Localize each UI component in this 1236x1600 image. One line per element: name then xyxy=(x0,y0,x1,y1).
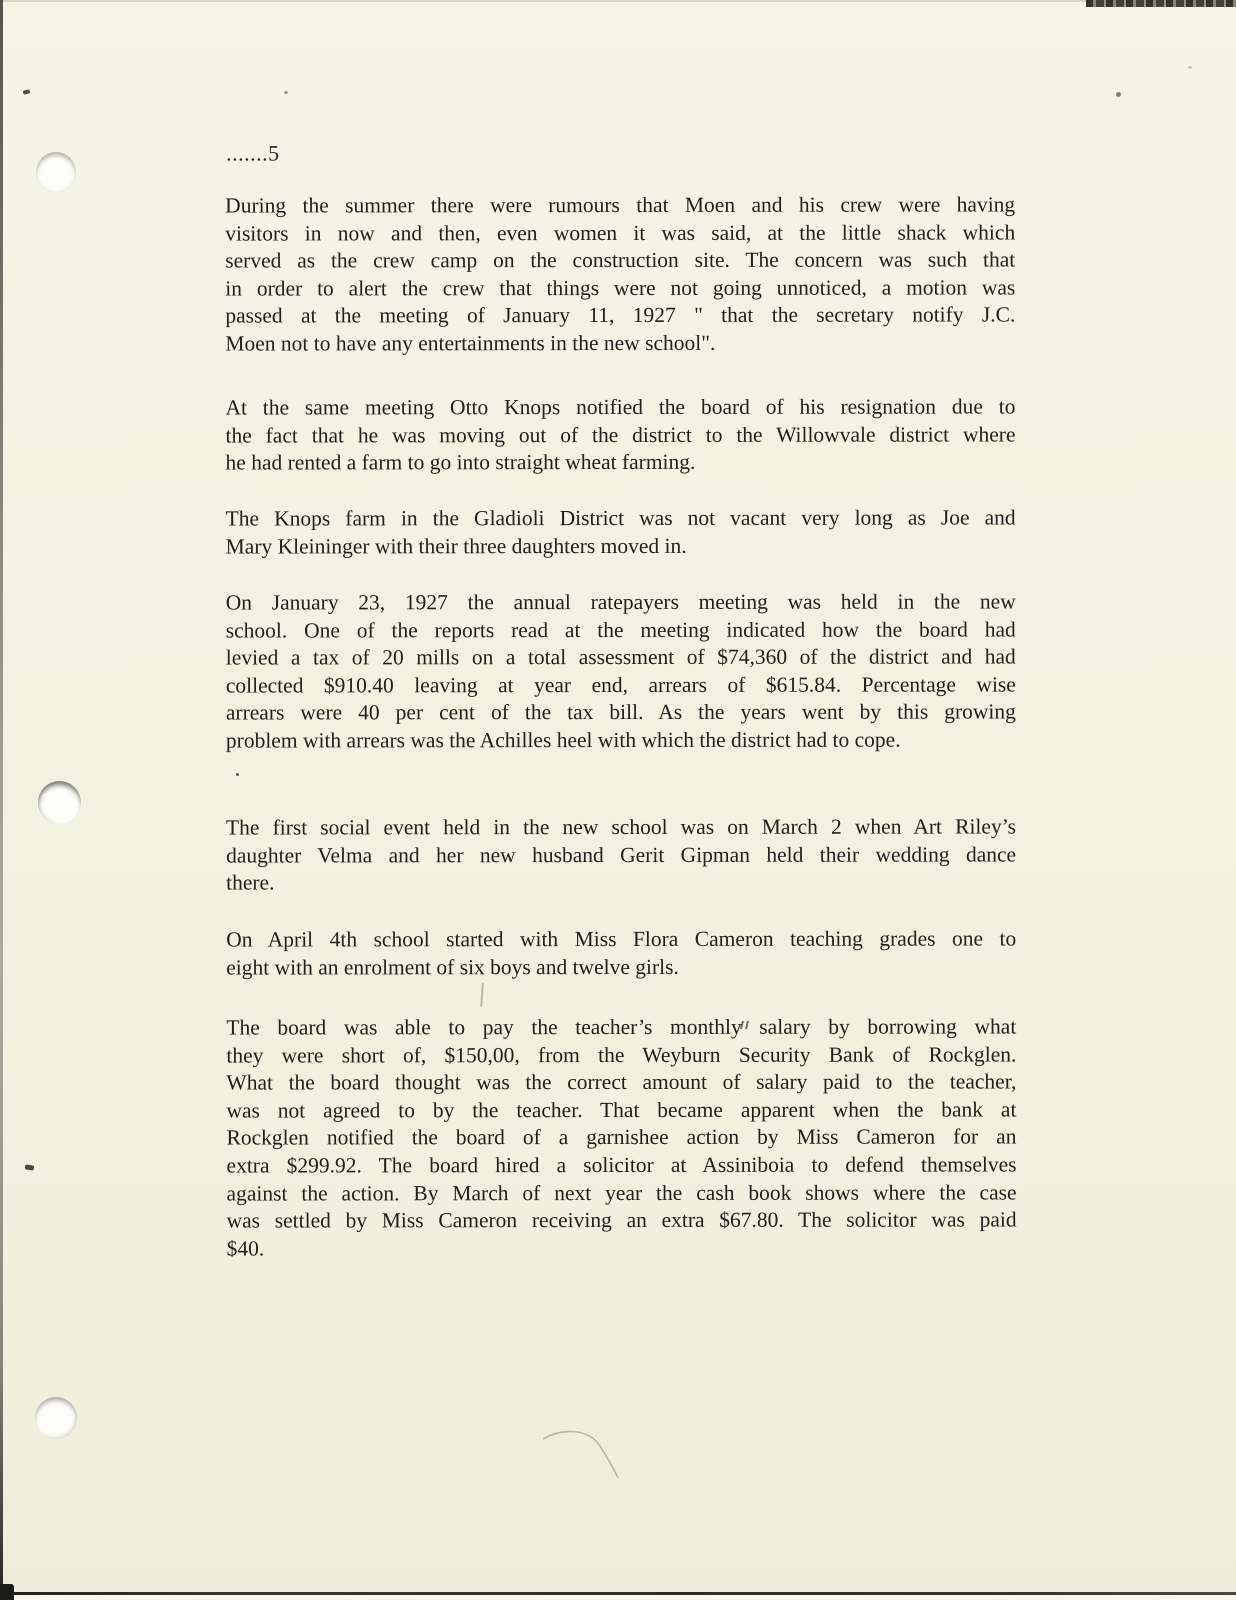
paragraph-line: he had rented a farm to go into straight… xyxy=(226,449,1016,478)
paragraph-line: served as the crew camp on the construct… xyxy=(225,247,1015,276)
paragraph-line: was not agreed to by the teacher. That b… xyxy=(226,1096,1016,1125)
paragraph-line: against the action. By March of next yea… xyxy=(227,1179,1017,1208)
paragraph-line: Moen not to have any entertainments in t… xyxy=(225,329,1015,358)
scanned-document-page: .......5 During the summer there were ru… xyxy=(0,0,1236,1600)
paragraph-line: there. xyxy=(226,869,1016,898)
paragraph-line: Mary Kleininger with their three daughte… xyxy=(226,532,1016,561)
paragraph-line: During the summer there were rumours tha… xyxy=(225,191,1015,220)
paragraph-line: collected $910.40 leaving at year end, a… xyxy=(226,671,1016,700)
paragraph-line: levied a tax of 20 mills on a total asse… xyxy=(226,644,1016,673)
paragraph: At the same meeting Otto Knops notified … xyxy=(225,393,1015,477)
paragraph-line: Rockglen notified the board of a garnish… xyxy=(226,1124,1016,1153)
paragraph: The first social event held in the new s… xyxy=(226,813,1016,897)
paragraph-line: The board was able to pay the teacher’s … xyxy=(226,1013,1016,1042)
paragraph-line: passed at the meeting of January 11, 192… xyxy=(225,302,1015,331)
paragraph: On January 23, 1927 the annual ratepayer… xyxy=(226,588,1016,755)
paragraph-line: arrears were 40 per cent of the tax bill… xyxy=(226,699,1016,728)
paragraph-line: At the same meeting Otto Knops notified … xyxy=(225,393,1015,422)
paragraph-line: extra $299.92. The board hired a solicit… xyxy=(226,1151,1016,1180)
paragraph-line: the fact that he was moving out of the d… xyxy=(225,421,1015,450)
paragraph-line: daughter Velma and her new husband Gerit… xyxy=(226,841,1016,870)
paragraph-line: What the board thought was the correct a… xyxy=(226,1069,1016,1098)
paragraph-line: On January 23, 1927 the annual ratepayer… xyxy=(226,588,1016,617)
paragraph-line: The Knops farm in the Gladioli District … xyxy=(226,504,1016,533)
paragraph-line: school. One of the reports read at the m… xyxy=(226,616,1016,645)
paragraph-line: On April 4th school started with Miss Fl… xyxy=(226,925,1016,954)
paragraph-line: visitors in now and then, even women it … xyxy=(225,219,1015,248)
page-number: .......5 xyxy=(226,140,280,166)
paragraph-line: eight with an enrolment of six boys and … xyxy=(226,953,1016,982)
paragraph: During the summer there were rumours tha… xyxy=(225,191,1015,358)
paragraph: The Knops farm in the Gladioli District … xyxy=(226,504,1016,560)
paragraph-line: was settled by Miss Cameron receiving an… xyxy=(227,1207,1017,1236)
paragraph-line: in order to alert the crew that things w… xyxy=(225,274,1015,303)
paragraph-line: they were short of, $150,00, from the We… xyxy=(226,1041,1016,1070)
document-text: .......5 During the summer there were ru… xyxy=(0,0,1236,1600)
paragraph-line: $40. xyxy=(227,1234,1017,1263)
paragraph: On April 4th school started with Miss Fl… xyxy=(226,925,1016,981)
paragraph-line: The first social event held in the new s… xyxy=(226,813,1016,842)
paragraph: The board was able to pay the teacher’s … xyxy=(226,1013,1016,1262)
paragraph-line: problem with arrears was the Achilles he… xyxy=(226,726,1016,755)
